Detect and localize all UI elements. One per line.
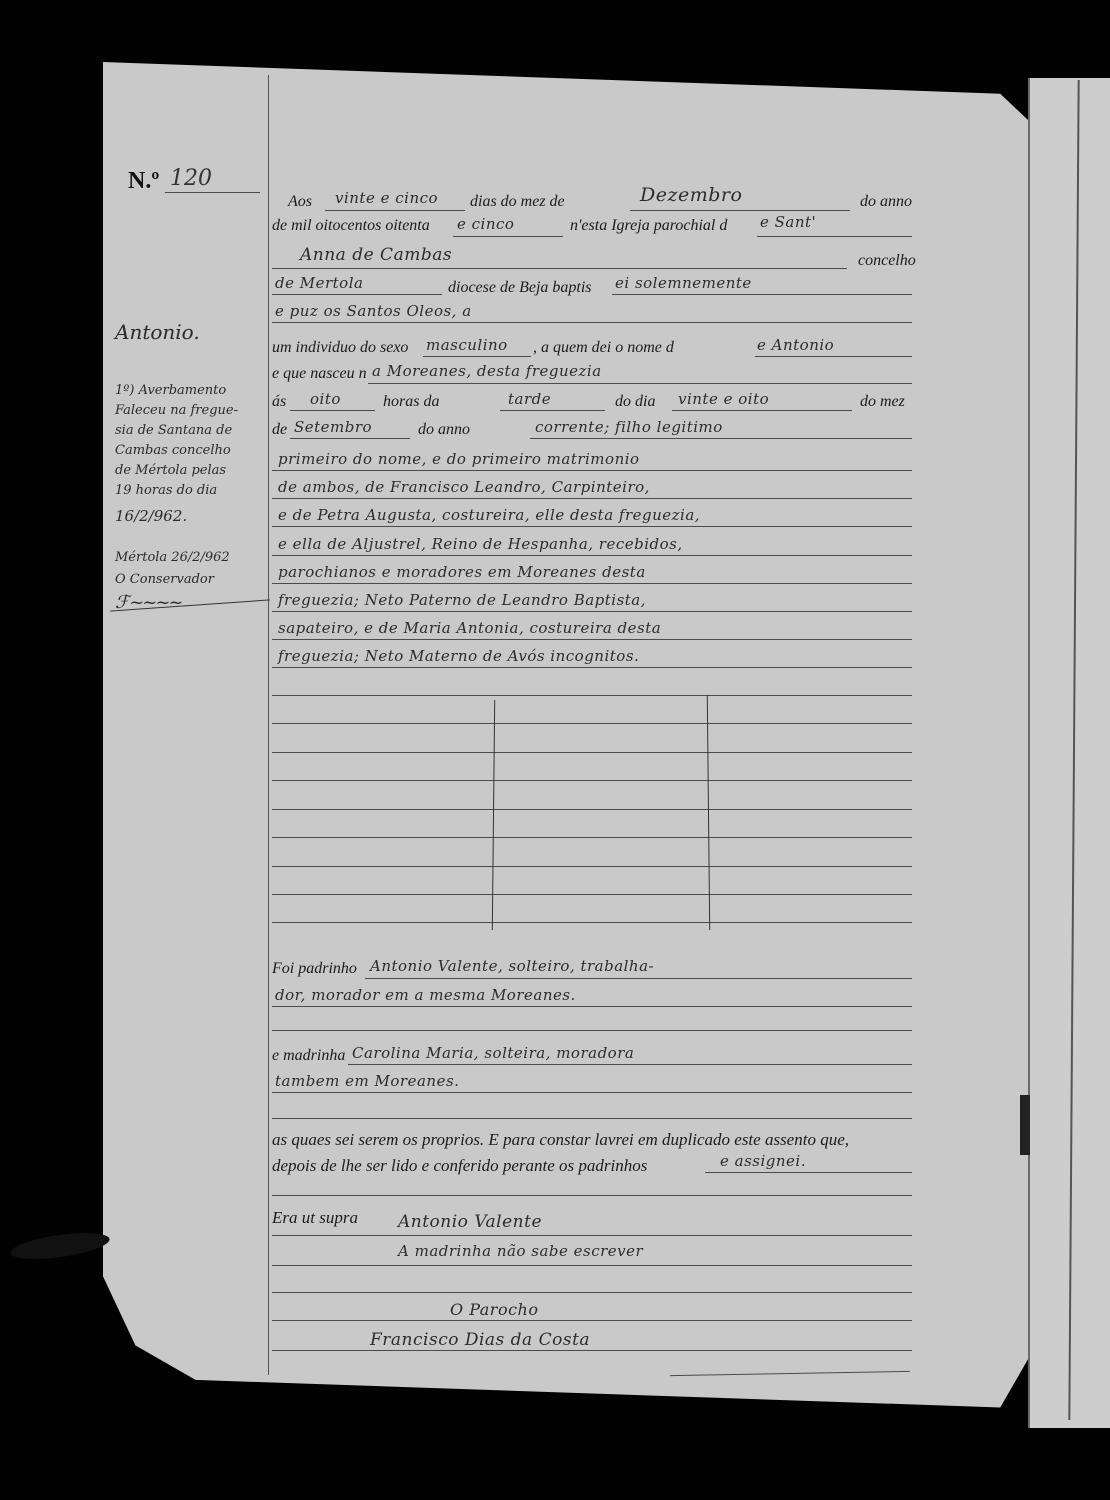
field-rule: [423, 356, 531, 357]
concelho-field: de Mertola: [275, 274, 363, 292]
page-holder-clip: [9, 1228, 111, 1264]
form-text: , a quem dei o nome d: [533, 339, 674, 357]
body-line: de ambos, de Francisco Leandro, Carpinte…: [278, 478, 650, 496]
period-field: tarde: [508, 390, 551, 408]
birthplace-field: a Moreanes, desta freguezia: [372, 362, 602, 380]
conservador-signature: ℱ~~~~: [115, 592, 181, 613]
field-rule: [755, 356, 912, 357]
form-text: horas da: [383, 393, 439, 411]
blank-rule: [272, 695, 912, 696]
record-number-rule: [165, 192, 260, 193]
field-rule: [272, 470, 912, 471]
form-text: do dia: [615, 393, 655, 411]
baptism-field-cont: e puz os Santos Oleos, a: [275, 302, 472, 320]
closing-field: e assignei.: [720, 1152, 806, 1170]
record-number-value: 120: [170, 166, 212, 191]
field-rule: [272, 526, 912, 527]
parish-field: e Sant': [760, 213, 816, 231]
form-text: do anno: [860, 193, 912, 211]
blank-rule: [272, 837, 912, 838]
blank-rule: [272, 752, 912, 753]
body-line: e de Petra Augusta, costureira, elle des…: [278, 506, 700, 524]
godfather-field-cont: dor, morador em a mesma Moreanes.: [275, 986, 576, 1004]
margin-divider: [268, 75, 269, 1375]
priest-signature: Francisco Dias da Costa: [370, 1330, 590, 1350]
margin-note-line: Faleceu na fregue-: [115, 403, 238, 418]
body-line: e ella de Aljustrel, Reino de Hespanha, …: [278, 535, 683, 553]
blank-rule: [272, 780, 912, 781]
field-rule: [272, 268, 847, 269]
form-text: um individuo do sexo: [272, 339, 408, 357]
field-rule: [672, 410, 852, 411]
field-rule: [368, 383, 912, 384]
signature-rule: [272, 1265, 912, 1266]
day-field: vinte e cinco: [335, 189, 438, 207]
field-rule: [365, 978, 912, 979]
closing-text: as quaes sei serem os proprios. E para c…: [272, 1130, 849, 1150]
margin-note-line: 16/2/962.: [115, 507, 187, 525]
name-field: e Antonio: [757, 336, 834, 354]
form-text: de: [272, 421, 287, 439]
sex-field: masculino: [426, 336, 508, 354]
field-rule: [612, 294, 912, 295]
signature-rule: [272, 1235, 912, 1236]
priest-title: O Parocho: [450, 1300, 538, 1319]
form-text: dias do mez de: [470, 193, 565, 211]
form-text: n'esta Igreja parochial d: [570, 217, 727, 235]
field-rule: [272, 498, 912, 499]
field-rule: [272, 322, 912, 323]
margin-note-line: 19 horas do dia: [115, 483, 217, 498]
field-rule: [272, 294, 442, 295]
binding-clip: [1020, 1095, 1030, 1155]
godmother-field: Carolina Maria, solteira, moradora: [352, 1044, 634, 1062]
blank-rule: [272, 1030, 912, 1031]
field-rule: [272, 667, 912, 668]
form-text: e madrinha: [272, 1047, 345, 1065]
blank-rule: [272, 1118, 912, 1119]
closing-text: depois de lhe ser lido e conferido peran…: [272, 1156, 647, 1176]
field-rule: [272, 555, 912, 556]
signature-rule: [272, 1320, 912, 1321]
signature-rule: [272, 1292, 912, 1293]
body-line: freguezia; Neto Paterno de Leandro Bapti…: [278, 591, 646, 609]
form-text: ás: [272, 393, 286, 411]
field-rule: [453, 236, 563, 237]
blank-rule: [272, 922, 912, 923]
godfather-signature: Antonio Valente: [398, 1212, 542, 1232]
body-line: parochianos e moradores em Moreanes dest…: [278, 563, 646, 581]
blank-rule: [272, 894, 912, 895]
field-rule: [500, 410, 605, 411]
margin-note-line: de Mértola pelas: [115, 463, 226, 478]
hour-field: oito: [310, 390, 341, 408]
godmother-note: A madrinha não sabe escrever: [398, 1242, 643, 1260]
margin-name: Antonio.: [115, 320, 200, 344]
birth-year-field: corrente; filho legitimo: [535, 418, 723, 436]
form-text: do mez: [860, 393, 905, 411]
blank-rule: [272, 723, 912, 724]
margin-note-line: sia de Santana de: [115, 423, 232, 438]
body-line: freguezia; Neto Materno de Avós incognit…: [278, 647, 639, 665]
field-rule: [530, 438, 912, 439]
era-ut-supra: Era ut supra: [272, 1208, 358, 1228]
blank-rule: [272, 866, 912, 867]
blank-rule: [272, 1195, 912, 1196]
godfather-field: Antonio Valente, solteiro, trabalha-: [370, 957, 654, 975]
margin-note-line: O Conservador: [115, 572, 214, 587]
margin-note-line: Cambas concelho: [115, 443, 231, 458]
form-text: do anno: [418, 421, 470, 439]
body-line: primeiro do nome, e do primeiro matrimon…: [278, 450, 640, 468]
field-rule: [272, 611, 912, 612]
field-rule: [272, 1006, 912, 1007]
field-rule: [272, 639, 912, 640]
baptism-field: ei solemnemente: [615, 274, 752, 292]
signature-rule: [272, 1350, 912, 1351]
godmother-field-cont: tambem em Moreanes.: [275, 1072, 459, 1090]
form-text: concelho: [858, 252, 916, 270]
birth-day-field: vinte e oito: [678, 390, 769, 408]
body-line: sapateiro, e de Maria Antonia, costureir…: [278, 619, 661, 637]
birth-month-field: Setembro: [294, 418, 372, 436]
field-rule: [757, 236, 912, 237]
blank-rule: [272, 809, 912, 810]
form-text: de mil oitocentos oitenta: [272, 217, 430, 235]
record-number-label: N.º: [128, 168, 159, 195]
field-rule: [705, 1172, 912, 1173]
field-rule: [272, 1092, 912, 1093]
form-text: Aos: [288, 193, 312, 211]
margin-note-line: Mértola 26/2/962: [115, 550, 230, 565]
field-rule: [290, 438, 410, 439]
field-rule: [348, 1064, 912, 1065]
form-text: diocese de Beja baptis: [448, 279, 592, 297]
month-field: Dezembro: [640, 184, 742, 206]
field-rule: [630, 210, 850, 211]
year-field: e cinco: [457, 215, 514, 233]
field-rule: [325, 210, 465, 211]
margin-note-line: 1º) Averbamento: [115, 383, 226, 398]
form-text: e que nasceu n: [272, 365, 367, 383]
field-rule: [272, 583, 912, 584]
parish-field-cont: Anna de Cambas: [300, 245, 452, 265]
form-text: Foi padrinho: [272, 960, 357, 978]
field-rule: [290, 410, 375, 411]
